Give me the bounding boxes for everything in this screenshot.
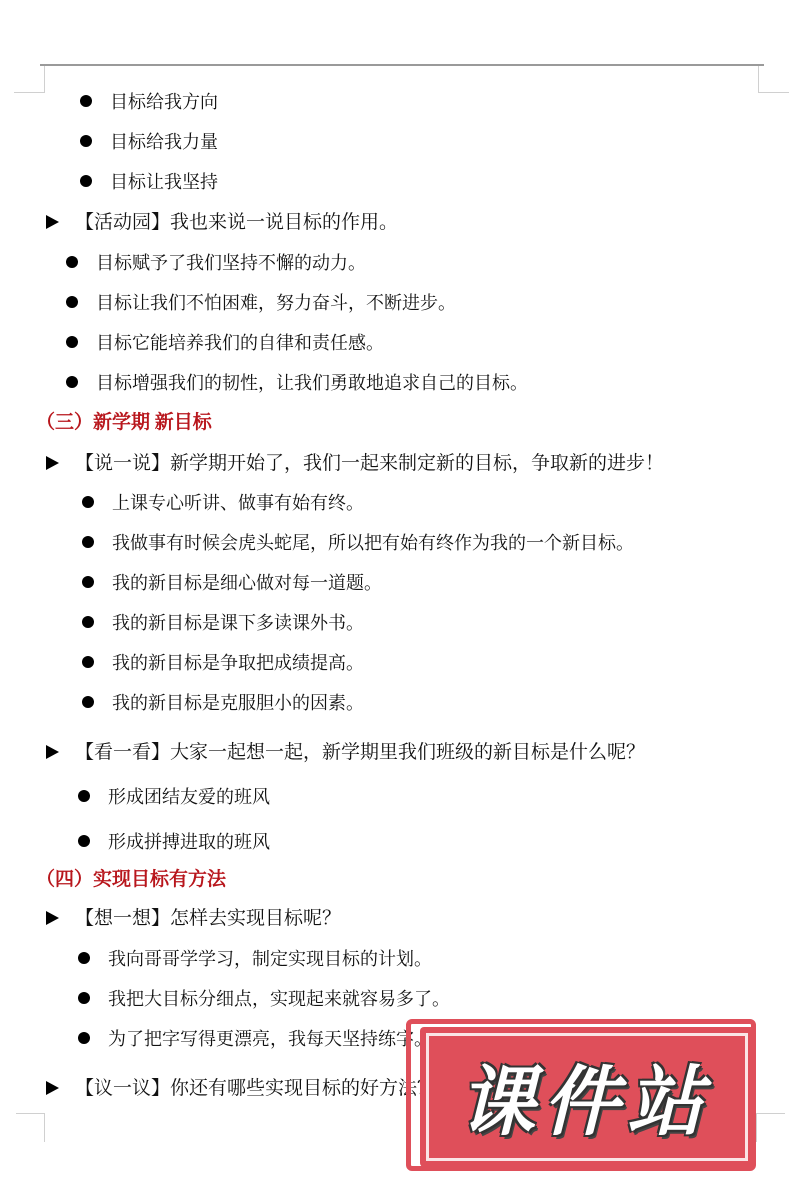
margin-corner-mark	[14, 66, 45, 93]
bullet-icon	[78, 835, 90, 847]
bullet-icon	[82, 656, 94, 668]
arrow-bullet-icon	[46, 215, 59, 229]
list-item: 目标给我力量	[80, 131, 218, 155]
arrow-bullet-icon	[46, 745, 59, 759]
margin-corner-mark	[758, 66, 789, 93]
list-item-text: 目标它能培养我们的自律和责任感。	[96, 333, 384, 354]
bullet-icon	[78, 1032, 90, 1044]
list-item: 我的新目标是克服胆小的因素。	[82, 692, 364, 716]
list-item: 目标让我坚持	[80, 171, 218, 195]
bullet-icon	[82, 696, 94, 708]
bullet-icon	[66, 256, 78, 268]
prompt-text: 【活动园】我也来说一说目标的作用。	[75, 212, 398, 233]
bullet-icon	[78, 952, 90, 964]
list-item-text: 形成团结友爱的班风	[108, 787, 270, 808]
list-item: 为了把字写得更漂亮，我每天坚持练字。	[78, 1028, 432, 1052]
discuss-prompt: 【议一议】你还有哪些实现目标的好方法？	[46, 1077, 436, 1101]
say-prompt: 【说一说】新学期开始了，我们一起来制定新的目标，争取新的进步！	[46, 452, 664, 476]
list-item: 我的新目标是争取把成绩提高。	[82, 652, 364, 676]
prompt-text: 【说一说】新学期开始了，我们一起来制定新的目标，争取新的进步！	[75, 453, 664, 474]
list-item-text: 我的新目标是克服胆小的因素。	[112, 693, 364, 714]
list-item: 我把大目标分细点，实现起来就容易多了。	[78, 988, 450, 1012]
think-prompt: 【想一想】怎样去实现目标呢？	[46, 907, 341, 931]
list-item: 形成团结友爱的班风	[78, 786, 270, 810]
list-item: 形成拼搏进取的班风	[78, 831, 270, 855]
list-item: 目标让我们不怕困难，努力奋斗，不断进步。	[66, 292, 456, 316]
list-item-text: 目标让我们不怕困难，努力奋斗，不断进步。	[96, 293, 456, 314]
bullet-icon	[66, 336, 78, 348]
list-item: 我做事有时候会虎头蛇尾，所以把有始有终作为我的一个新目标。	[82, 532, 634, 556]
arrow-bullet-icon	[46, 911, 59, 925]
activity-garden-prompt: 【活动园】我也来说一说目标的作用。	[46, 211, 398, 235]
section-heading: （三）新学期 新目标	[36, 411, 212, 435]
page-header-rule	[40, 64, 764, 66]
list-item: 目标赋予了我们坚持不懈的动力。	[66, 252, 366, 276]
list-item-text: 目标给我方向	[110, 92, 218, 113]
list-item-text: 我的新目标是争取把成绩提高。	[112, 653, 364, 674]
list-item: 目标它能培养我们的自律和责任感。	[66, 332, 384, 356]
bullet-icon	[78, 790, 90, 802]
bullet-icon	[66, 296, 78, 308]
bullet-icon	[82, 496, 94, 508]
list-item-text: 我的新目标是细心做对每一道题。	[112, 573, 382, 594]
list-item: 上课专心听讲、做事有始有终。	[82, 492, 364, 516]
list-item: 目标增强我们的韧性，让我们勇敢地追求自己的目标。	[66, 372, 528, 396]
watermark-text: 课件站	[400, 1041, 770, 1150]
margin-corner-mark	[16, 1113, 45, 1142]
list-item-text: 我向哥哥学学习，制定实现目标的计划。	[108, 949, 432, 970]
prompt-text: 【想一想】怎样去实现目标呢？	[75, 908, 341, 929]
bullet-icon	[80, 135, 92, 147]
list-item: 我的新目标是细心做对每一道题。	[82, 572, 382, 596]
bullet-icon	[80, 95, 92, 107]
list-item-text: 为了把字写得更漂亮，我每天坚持练字。	[108, 1029, 432, 1050]
list-item-text: 我的新目标是课下多读课外书。	[112, 613, 364, 634]
bullet-icon	[66, 376, 78, 388]
list-item: 目标给我方向	[80, 91, 218, 115]
list-item: 我的新目标是课下多读课外书。	[82, 612, 364, 636]
arrow-bullet-icon	[46, 1081, 59, 1095]
look-prompt: 【看一看】大家一起想一起，新学期里我们班级的新目标是什么呢？	[46, 741, 645, 765]
bullet-icon	[82, 616, 94, 628]
watermark-stamp: 课件站	[400, 1015, 770, 1175]
section-heading: （四）实现目标有方法	[36, 868, 226, 892]
list-item-text: 目标赋予了我们坚持不懈的动力。	[96, 253, 366, 274]
list-item: 我向哥哥学学习，制定实现目标的计划。	[78, 948, 432, 972]
list-item-text: 形成拼搏进取的班风	[108, 832, 270, 853]
prompt-text: 【看一看】大家一起想一起，新学期里我们班级的新目标是什么呢？	[75, 742, 645, 763]
bullet-icon	[78, 992, 90, 1004]
list-item-text: 目标给我力量	[110, 132, 218, 153]
list-item-text: 我做事有时候会虎头蛇尾，所以把有始有终作为我的一个新目标。	[112, 533, 634, 554]
list-item-text: 上课专心听讲、做事有始有终。	[112, 493, 364, 514]
list-item-text: 我把大目标分细点，实现起来就容易多了。	[108, 989, 450, 1010]
bullet-icon	[82, 576, 94, 588]
bullet-icon	[82, 536, 94, 548]
arrow-bullet-icon	[46, 456, 59, 470]
list-item-text: 目标增强我们的韧性，让我们勇敢地追求自己的目标。	[96, 373, 528, 394]
prompt-text: 【议一议】你还有哪些实现目标的好方法？	[75, 1078, 436, 1099]
list-item-text: 目标让我坚持	[110, 172, 218, 193]
bullet-icon	[80, 175, 92, 187]
